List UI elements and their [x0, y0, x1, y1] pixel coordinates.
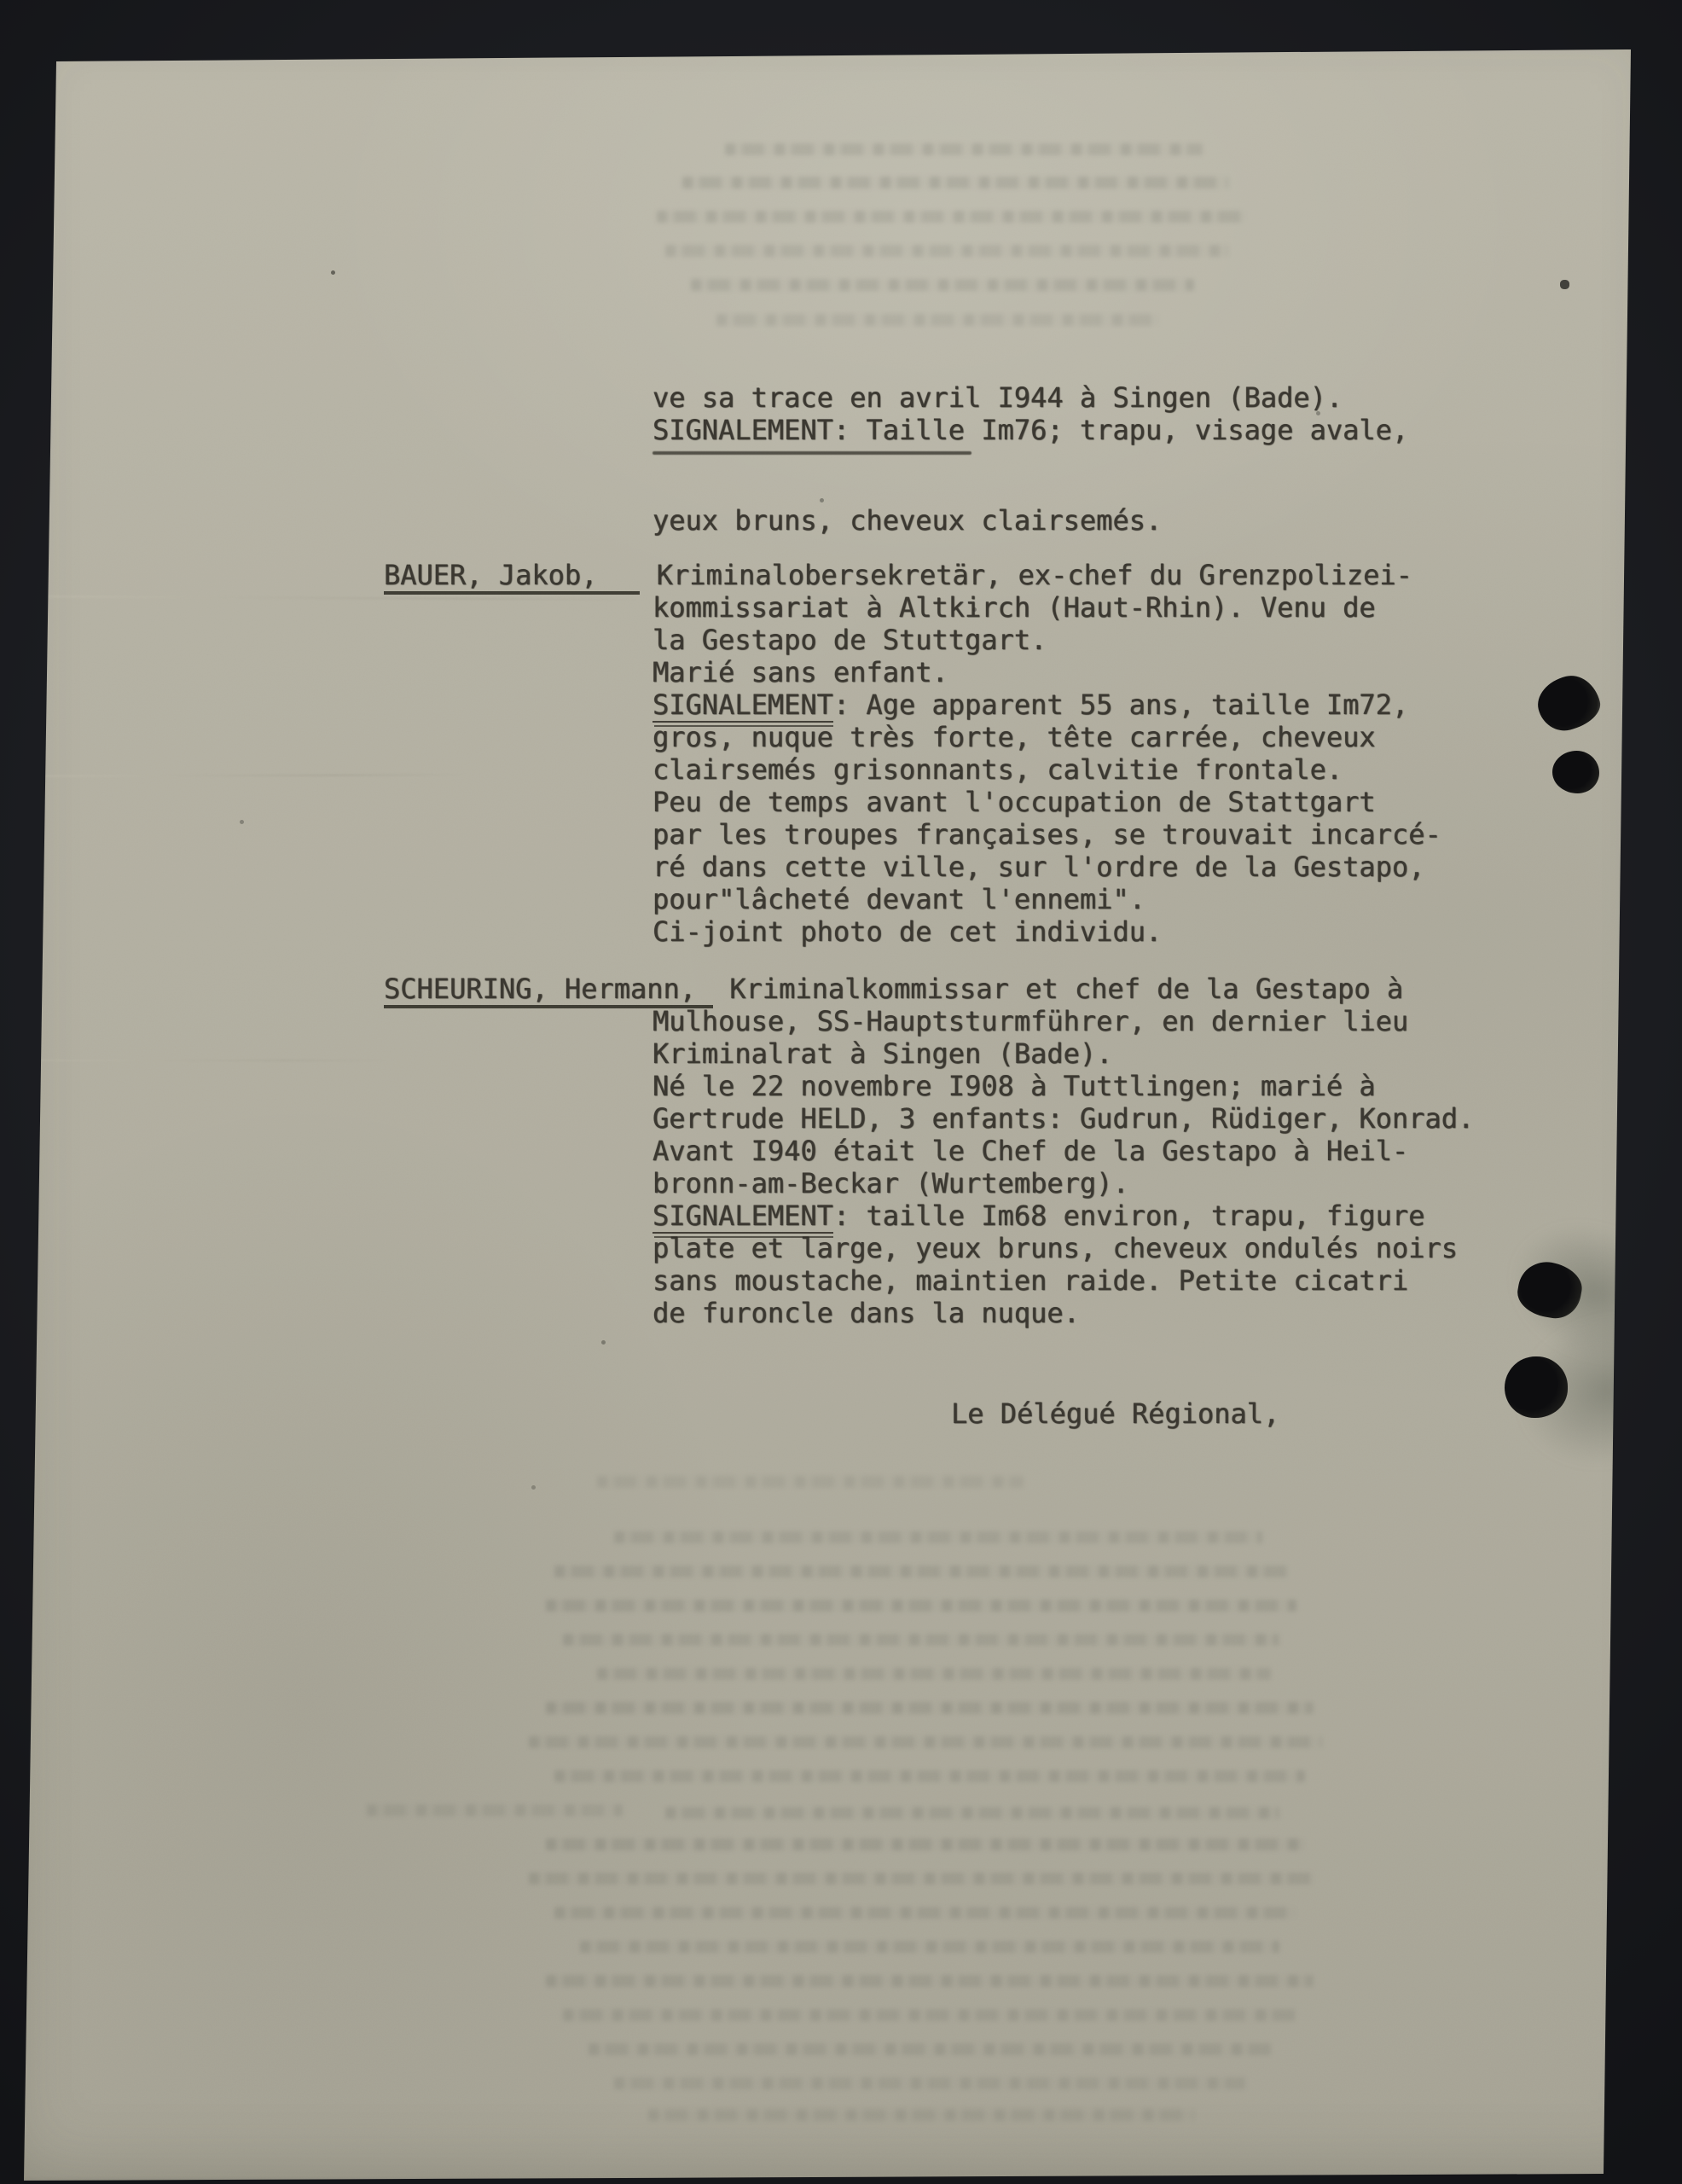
document-paper: ve sa trace en avril I944 à Singen (Bade…	[0, 0, 1682, 2184]
paper-edge-shading	[0, 0, 1682, 2184]
ink-specks	[0, 0, 3, 3]
scan-background: ve sa trace en avril I944 à Singen (Bade…	[0, 0, 1682, 2184]
